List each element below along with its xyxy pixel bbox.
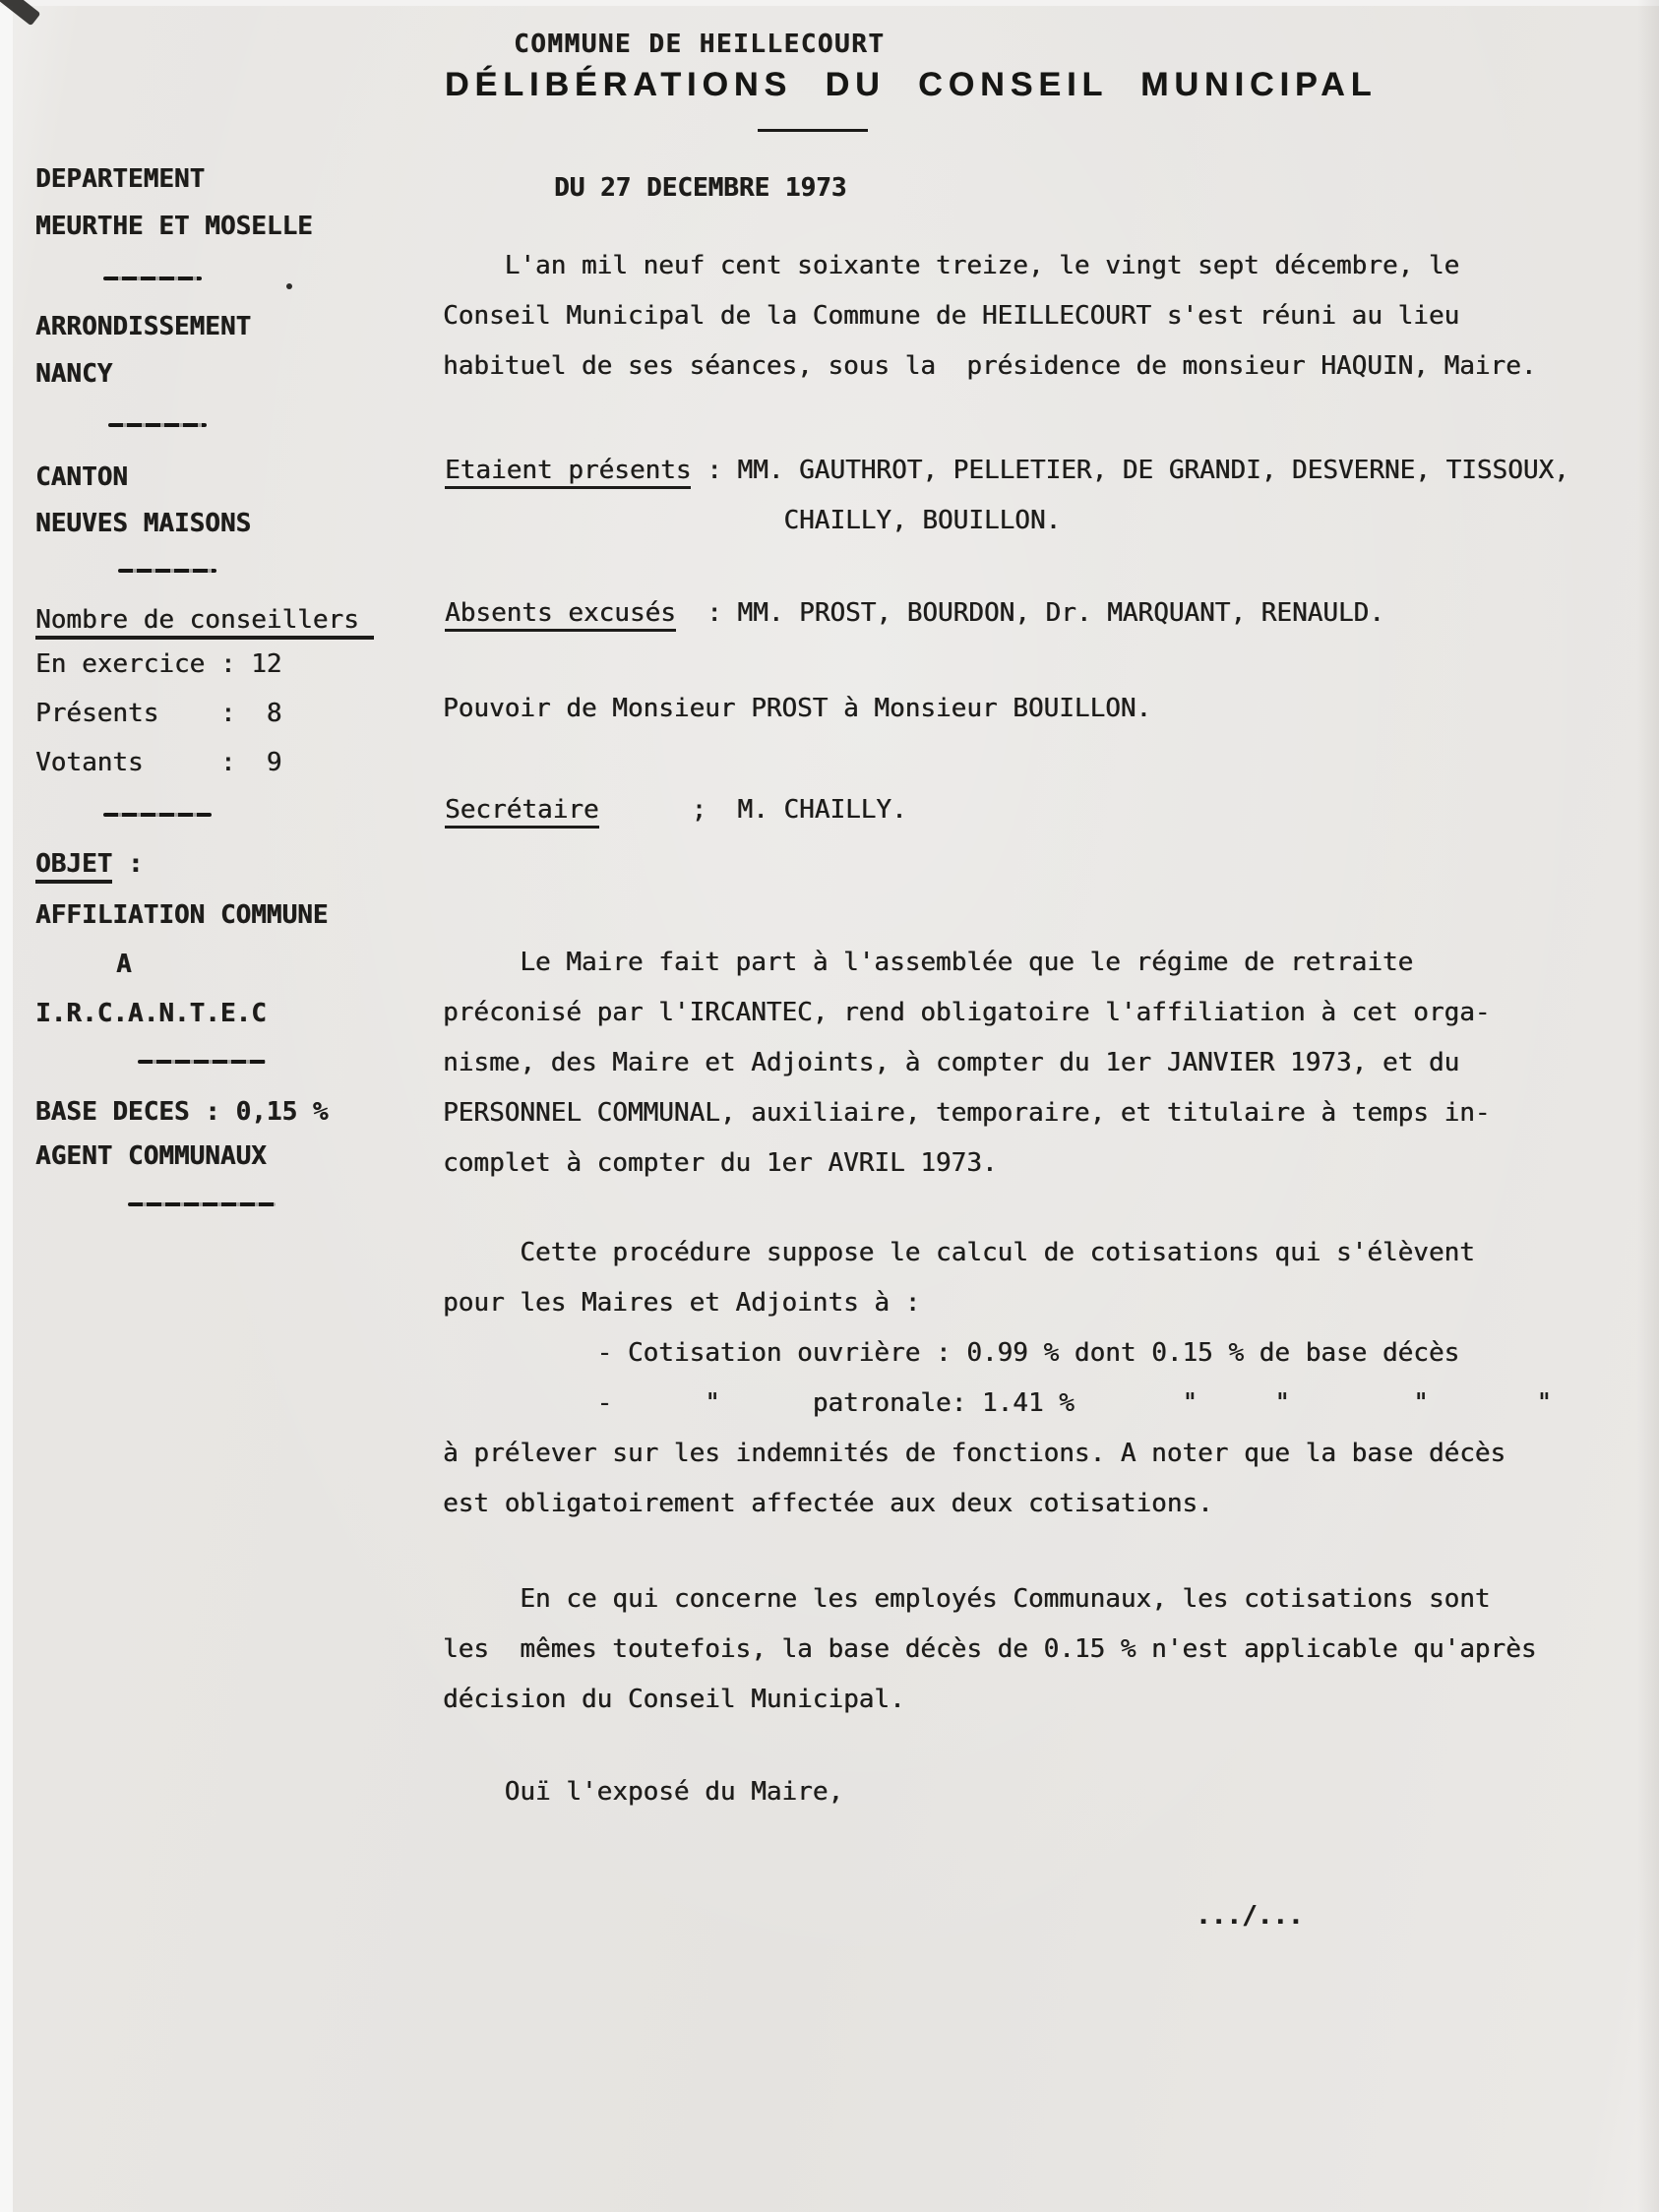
objet-line2: A	[116, 940, 132, 990]
secretaire-line: Secrétaire ; M. CHAILLY.	[445, 785, 1635, 835]
arrondissement-value: NANCY	[35, 349, 112, 399]
objet-colon: :	[112, 849, 143, 879]
session-date: DU 27 DECEMBRE 1973	[554, 163, 846, 214]
departement-value: MEURTHE ET MOSELLE	[35, 202, 313, 252]
etaient-presents-line: Etaient présents : MM. GAUTHROT, PELLETI…	[445, 446, 1635, 546]
conseillers-votants: Votants : 9	[35, 738, 281, 788]
separator-rule	[118, 569, 216, 573]
canton-label: CANTON	[35, 453, 128, 503]
separator-rule	[108, 423, 207, 427]
base-deces: BASE DECES : 0,15 %	[35, 1087, 328, 1137]
absents-excuses-label: Absents excusés	[445, 598, 676, 632]
agent-communaux: AGENT COMMUNAUX	[35, 1132, 267, 1182]
separator-rule	[138, 1060, 266, 1064]
conseillers-title: Nombre de conseillers	[35, 595, 374, 645]
paragraph-ouverture: L'an mil neuf cent soixante treize, le v…	[443, 241, 1624, 392]
conseillers-en-exercice: En exercice : 12	[35, 640, 281, 690]
absents-excuses-names: : MM. PROST, BOURDON, Dr. MARQUANT, RENA…	[676, 598, 1384, 628]
scan-edge-top	[0, 0, 1659, 6]
canton-value: NEUVES MAISONS	[35, 499, 251, 549]
secretaire-name: ; M. CHAILLY.	[599, 795, 907, 825]
objet-label: OBJET	[35, 849, 112, 884]
objet-line3: I.R.C.A.N.T.E.C	[35, 989, 267, 1039]
scan-edge-left	[0, 0, 13, 2212]
conseillers-title-text: Nombre de conseillers	[35, 605, 374, 640]
header-title: DÉLIBÉRATIONS DU CONSEIL MUNICIPAL	[445, 65, 1377, 104]
secretaire-label: Secrétaire	[445, 795, 599, 829]
paragraph-maire: Le Maire fait part à l'assemblée que le …	[443, 938, 1643, 1189]
objet-line1: AFFILIATION COMMUNE	[35, 891, 328, 941]
ink-speck	[286, 283, 292, 289]
paragraph-oui-expose: Ouï l'exposé du Maire,	[443, 1767, 1427, 1817]
header-title-rule	[758, 129, 868, 132]
paragraph-employes: En ce qui concerne les employés Communau…	[443, 1574, 1653, 1725]
arrondissement-label: ARRONDISSEMENT	[35, 302, 251, 352]
continuation-mark: .../...	[1196, 1891, 1304, 1941]
departement-label: DEPARTEMENT	[35, 154, 205, 205]
header-commune: COMMUNE DE HEILLECOURT	[514, 20, 885, 70]
etaient-presents-label: Etaient présents	[445, 456, 691, 489]
separator-rule	[103, 276, 202, 280]
conseillers-presents: Présents : 8	[35, 689, 281, 739]
scanned-document-page: COMMUNE DE HEILLECOURT DÉLIBÉRATIONS DU …	[0, 0, 1659, 2212]
pouvoir-line: Pouvoir de Monsieur PROST à Monsieur BOU…	[443, 684, 1633, 734]
separator-rule	[103, 813, 212, 817]
absents-excuses-line: Absents excusés : MM. PROST, BOURDON, Dr…	[445, 588, 1635, 639]
objet-heading: OBJET :	[35, 839, 144, 890]
separator-rule	[128, 1202, 276, 1206]
paragraph-procedure: Cette procédure suppose le calcul de cot…	[443, 1228, 1653, 1529]
